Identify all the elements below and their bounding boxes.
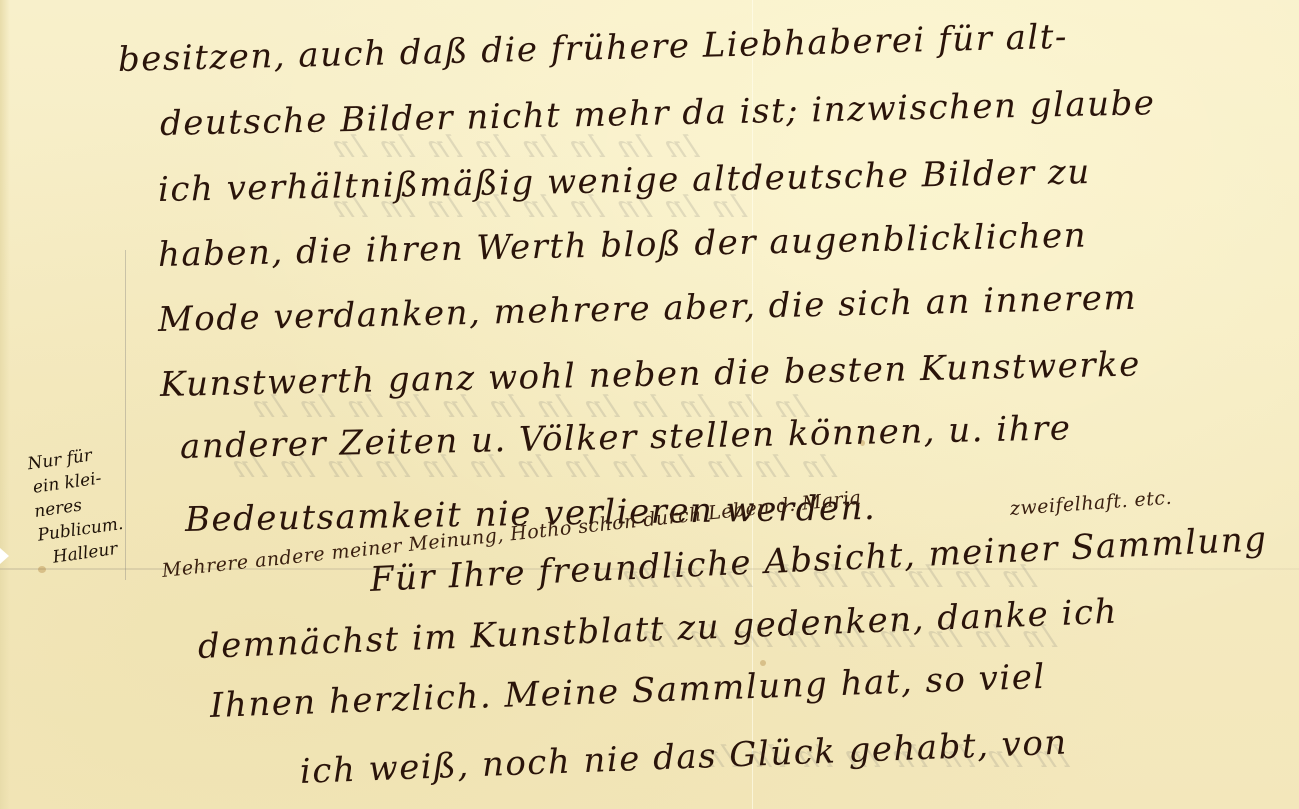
letter-line-2: deutsche Bilder nicht mehr da ist; inzwi… — [160, 83, 1156, 144]
letter-line-4: haben, die ihren Werth bloß der augenbli… — [158, 216, 1088, 275]
margin-pencil-rule — [125, 250, 126, 580]
letter-line-11: Ihnen herzlich. Meine Sammlung hat, so v… — [209, 657, 1046, 726]
letter-line-6: Kunstwerth ganz wohl neben die besten Ku… — [160, 344, 1142, 405]
margin-note: Nur für ein klei- neres Publicum. Halleu… — [26, 441, 128, 572]
ink-stain — [760, 660, 766, 666]
paper-edge — [0, 0, 10, 809]
letter-line-10: demnächst im Kunstblatt zu gedenken, dan… — [197, 592, 1118, 667]
letter-line-12: ich weiß, noch nie das Glück gehabt, von — [299, 723, 1068, 792]
letter-page: ln ln ln ln ln ln ln ln ln ln ln ln ln l… — [0, 0, 1299, 809]
letter-line-3: ich verhältnißmäßig wenige altdeutsche B… — [158, 152, 1091, 210]
letter-line-1: besitzen, auch daß die frühere Liebhaber… — [118, 17, 1069, 80]
interlinear-insertion-1: zweifelhaft. etc. — [1009, 487, 1172, 520]
letter-line-7: anderer Zeiten u. Völker stellen können,… — [180, 408, 1072, 467]
letter-line-5: Mode verdanken, mehrere aber, die sich a… — [158, 278, 1138, 340]
paper-tear — [0, 548, 9, 564]
